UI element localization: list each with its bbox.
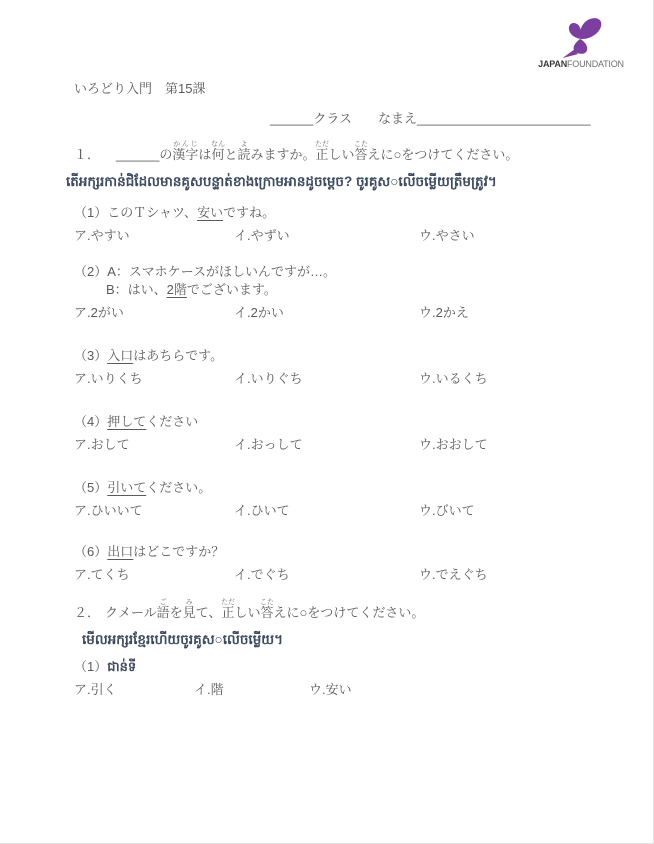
question-3-pre: （3） — [74, 348, 107, 363]
jf-flower-icon — [558, 12, 604, 58]
question-6-post: はどこですか？ — [133, 544, 224, 559]
section2-khmer-instruction: មើលអក្សរខ្មែរហើយចូរគូស○លើចម្លើយ។ — [82, 631, 625, 651]
question-2-post: でございます。 — [187, 282, 277, 297]
underlined-word: 2階 — [167, 282, 187, 297]
question-2-text-a: （2）A：スマホケースがほしいんですが…。 — [74, 263, 625, 281]
question-1: （1）このＴシャツ、安いですね。 ア.やすい イ.やずい ウ.やさい — [74, 204, 625, 245]
question-6-text: （6）出口はどこですか？ — [74, 543, 625, 561]
worksheet-page: JAPANFOUNDATION いろどり入門 第15課 ______クラスなまえ… — [0, 0, 654, 844]
question-1-options: ア.やすい イ.やずい ウ.やさい — [74, 227, 625, 245]
question-6-options: ア.てくち イ.でぐち ウ.でえぐち — [74, 566, 625, 584]
name-label: なまえ — [378, 111, 417, 126]
logo-word-japan: JAPAN — [538, 59, 567, 69]
underlined-word: 入口 — [107, 348, 133, 363]
section1-instruction: ______の漢字かんじは何なんと読よみますか。正ただしい答こたえに○をつけてく… — [116, 147, 518, 162]
option-a: ア.やすい — [74, 227, 234, 245]
question-number: （1） — [74, 659, 107, 674]
class-name-line: ______クラスなまえ________________________ — [270, 108, 625, 127]
option-b: イ.いりぐち — [234, 370, 419, 388]
question-5-pre: （5） — [74, 480, 107, 495]
question-5-options: ア.ひいいて イ.ひいて ウ.びいて — [74, 502, 625, 520]
question-6-pre: （6） — [74, 544, 107, 559]
logo-wordmark: JAPANFOUNDATION — [535, 59, 627, 69]
option-a: ア.引く — [74, 681, 194, 699]
question-6: （6）出口はどこですか？ ア.てくち イ.でぐち ウ.でえぐち — [74, 543, 625, 584]
khmer-word: ជាន់ទី — [107, 659, 136, 674]
option-a: ア.てくち — [74, 566, 234, 584]
question-2-text-b: B：はい、2階でございます。 — [106, 281, 625, 299]
underlined-word: 引いて — [107, 480, 146, 495]
option-c: ウ.2かえ — [419, 304, 625, 322]
option-b: イ.2かい — [234, 304, 419, 322]
section2-question-1-text: （1）ជាន់ទី — [74, 658, 625, 676]
section1-khmer-instruction: តើអក្សរកាន់ជិដែលមានគូសបន្ទាត់ខាងក្រោមអាន… — [66, 173, 625, 193]
option-b: イ.階 — [194, 681, 309, 699]
option-c: ウ.やさい — [419, 227, 625, 245]
question-5-text: （5）引いてください。 — [74, 479, 625, 497]
question-4-pre: （4） — [74, 414, 107, 429]
class-blank: ______ — [270, 111, 313, 126]
option-a: ア.おして — [74, 436, 234, 454]
section2-heading: ２．クメール語ごを見みて、正ただしい答こたえに○をつけてください。 — [74, 599, 625, 623]
option-c: ウ.おおして — [419, 436, 625, 454]
question-4: （4）押してください ア.おして イ.おっして ウ.おおして — [74, 413, 625, 454]
option-b: イ.やずい — [234, 227, 419, 245]
section1-heading: １．______の漢字かんじは何なんと読よみますか。正ただしい答こたえに○をつけ… — [74, 141, 625, 165]
section1-number: １． — [74, 147, 100, 162]
question-3-options: ア.いりくち イ.いりぐち ウ.いるくち — [74, 370, 625, 388]
underlined-word: 出口 — [107, 544, 133, 559]
option-c: ウ.安い — [309, 681, 625, 699]
question-3: （3）入口はあちらです。 ア.いりくち イ.いりぐち ウ.いるくち — [74, 347, 625, 388]
class-label: クラス — [313, 111, 352, 126]
option-c: ウ.いるくち — [419, 370, 625, 388]
underlined-word: 安い — [197, 205, 223, 220]
section2-question-1: （1）ជាន់ទី ア.引く イ.階 ウ.安い — [74, 658, 625, 699]
question-2-pre: B：はい、 — [106, 282, 167, 297]
section2-number: ２． — [74, 605, 100, 620]
section2-question-1-options: ア.引く イ.階 ウ.安い — [74, 681, 625, 699]
option-a: ア.ひいいて — [74, 502, 234, 520]
section2-instruction: クメール語ごを見みて、正ただしい答こたえに○をつけてください。 — [105, 605, 424, 620]
question-2-options: ア.2がい イ.2かい ウ.2かえ — [74, 304, 625, 322]
logo-word-foundation: FOUNDATION — [567, 59, 624, 69]
underlined-word: 押して — [107, 414, 146, 429]
option-c: ウ.びいて — [419, 502, 625, 520]
japan-foundation-logo: JAPANFOUNDATION — [535, 12, 627, 69]
question-2: （2）A：スマホケースがほしいんですが…。 B：はい、2階でございます。 ア.2… — [74, 263, 625, 322]
question-1-post: ですね。 — [223, 205, 275, 220]
option-b: イ.ひいて — [234, 502, 419, 520]
question-3-post: はあちらです。 — [133, 348, 223, 363]
option-b: イ.でぐち — [234, 566, 419, 584]
question-5-post: ください。 — [146, 480, 211, 495]
question-1-pre: （1）このＴシャツ、 — [74, 205, 197, 220]
question-3-text: （3）入口はあちらです。 — [74, 347, 625, 365]
name-blank: ________________________ — [417, 111, 591, 126]
option-b: イ.おっして — [234, 436, 419, 454]
question-4-options: ア.おして イ.おっして ウ.おおして — [74, 436, 625, 454]
question-5: （5）引いてください。 ア.ひいいて イ.ひいて ウ.びいて — [74, 479, 625, 520]
question-1-text: （1）このＴシャツ、安いですね。 — [74, 204, 625, 222]
option-a: ア.いりくち — [74, 370, 234, 388]
option-a: ア.2がい — [74, 304, 234, 322]
option-c: ウ.でえぐち — [419, 566, 625, 584]
question-4-post: ください — [146, 414, 198, 429]
question-4-text: （4）押してください — [74, 413, 625, 431]
